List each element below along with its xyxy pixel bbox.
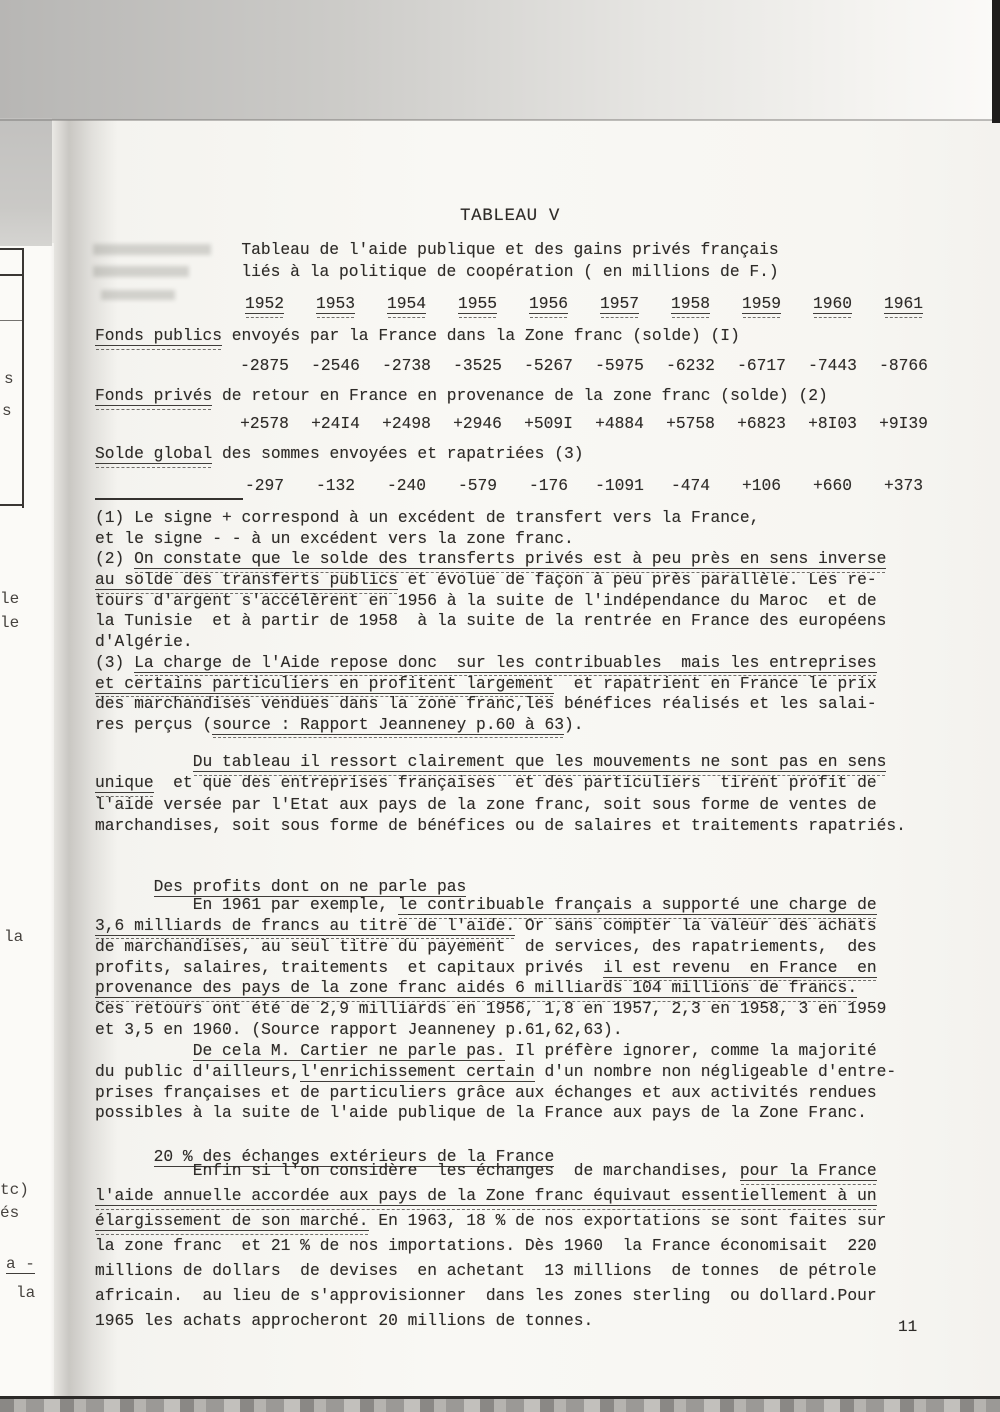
text-line: tours d'argent s'accélèrent en 1956 à la… — [95, 591, 886, 612]
text-line: (3) La charge de l'Aide repose donc sur … — [95, 653, 886, 674]
margin-text-fragment: és — [0, 1204, 19, 1222]
year-header-cell: 1952 — [229, 294, 300, 313]
text-segment: 3,6 milliards de francs au titre de l'ai… — [95, 916, 515, 936]
text-segment: De cela M. Cartier ne parle pas. — [193, 1041, 506, 1061]
text-segment: et rapatrient en France le prix — [554, 674, 876, 693]
table-value-cell: -2546 — [300, 356, 371, 375]
text-segment: millions de dollars de devises en acheta… — [95, 1261, 877, 1280]
row-label-text: Solde global — [95, 444, 212, 464]
text-line: Enfin si l'on considère les échanges de … — [95, 1161, 886, 1186]
table-value-cell: -176 — [513, 476, 584, 495]
table-value-cell: -132 — [300, 476, 371, 495]
text-segment: On constate que le solde des transferts … — [134, 549, 886, 569]
year-label: 1958 — [671, 294, 710, 314]
text-line: marchandises, soit sous forme de bénéfic… — [95, 816, 906, 837]
text-line: la Tunisie et à partir de 1958 à la suit… — [95, 611, 886, 632]
margin-text-fragment: a - — [6, 1255, 35, 1274]
scan-right-edge — [992, 0, 1000, 123]
year-label: 1960 — [813, 294, 852, 314]
table-value-cell: +2946 — [442, 414, 513, 433]
text-line: En 1961 par exemple, le contribuable fra… — [95, 895, 896, 916]
row-description: de retour en France en provenance de la … — [212, 386, 828, 405]
text-segment: le contribuable français a supporté une … — [398, 895, 877, 915]
paragraph-movements: Du tableau il ressort clairement que les… — [95, 752, 906, 837]
table-values-row: -297-132-240-579-176-1091-474+106+660+37… — [229, 476, 944, 495]
text-segment: et évolue de façon à peu près parallèle.… — [398, 570, 877, 589]
text-line: l'aide annuelle accordée aux pays de la … — [95, 1186, 886, 1211]
table-value-cell: +509I — [513, 414, 584, 433]
text-segment: du public d'ailleurs, — [95, 1062, 300, 1081]
text-segment: l'aide versée par l'Etat aux pays de la … — [95, 795, 877, 814]
text-segment: et 3,5 en 1960. (Source rapport Jeannene… — [95, 1020, 623, 1039]
text-segment: Or sans compter la valeur des achats — [515, 916, 877, 935]
text-segment: possibles à la suite de l'aide publique … — [95, 1103, 867, 1122]
year-label: 1953 — [316, 294, 355, 314]
text-line: l'aide versée par l'Etat aux pays de la … — [95, 795, 906, 816]
margin-text-fragment: le — [0, 614, 19, 632]
text-segment: profits, salaires, traitements et capita… — [95, 958, 603, 977]
text-line: profits, salaires, traitements et capita… — [95, 958, 896, 979]
text-segment: prises françaises et de particuliers grâ… — [95, 1083, 877, 1102]
text-segment: d'un nombre non négligeable d'entre- — [535, 1062, 897, 1081]
scanned-document: s s le le la tc) és a - la TABLEAU V Tab… — [0, 0, 1000, 1412]
text-segment: 1965 les achats approcheront 20 millions… — [95, 1311, 593, 1330]
text-line: possibles à la suite de l'aide publique … — [95, 1103, 896, 1124]
table-value-cell: -8766 — [868, 356, 939, 375]
year-label: 1959 — [742, 294, 781, 314]
year-header-cell: 1961 — [868, 294, 939, 313]
table-value-cell: -3525 — [442, 356, 513, 375]
row-label-text: Fonds privés — [95, 386, 212, 406]
paragraph-profits: En 1961 par exemple, le contribuable fra… — [95, 895, 896, 1124]
text-line: et 3,5 en 1960. (Source rapport Jeannene… — [95, 1020, 896, 1041]
text-segment: la zone franc et 21 % de nos importation… — [95, 1236, 877, 1255]
scan-bottom-edge — [0, 1399, 1000, 1412]
table-value-cell: -474 — [655, 476, 726, 495]
text-segment: Il préfère ignorer, comme la majorité — [505, 1041, 876, 1060]
text-line: africain. au lieu de s'approvisionner da… — [95, 1286, 886, 1311]
text-line: d'Algérie. — [95, 632, 886, 653]
year-label: 1954 — [387, 294, 426, 314]
table-value-cell: -2875 — [229, 356, 300, 375]
text-line: de marchandises, au seul titre du payeme… — [95, 937, 896, 958]
year-header-cell: 1956 — [513, 294, 584, 313]
table-subtitle: Tableau de l'aide publique et des gains … — [95, 240, 925, 283]
year-header-cell: 1959 — [726, 294, 797, 313]
text-segment — [95, 752, 193, 771]
table-value-cell: +9I39 — [868, 414, 939, 433]
table-title: TABLEAU V — [95, 206, 925, 226]
text-segment: de marchandises, au seul titre du payeme… — [95, 937, 877, 956]
text-segment: En 1961 par exemple, — [95, 895, 398, 914]
table-value-cell: +8I03 — [797, 414, 868, 433]
text-line: (1) Le signe + correspond à un excédent … — [95, 508, 886, 529]
margin-text-fragment: tc) — [0, 1181, 29, 1199]
table-value-cell: +5758 — [655, 414, 726, 433]
text-line: prises françaises et de particuliers grâ… — [95, 1083, 896, 1104]
text-line: millions de dollars de devises en acheta… — [95, 1261, 886, 1286]
text-line: res perçus (source : Rapport Jeanneney p… — [95, 715, 886, 736]
year-header-cell: 1955 — [442, 294, 513, 313]
row-description: envoyés par la France dans la Zone franc… — [222, 326, 740, 345]
margin-text-fragment: la — [4, 928, 23, 946]
text-segment: il est revenu en France en — [603, 958, 877, 978]
text-line: unique et que des entreprises françaises… — [95, 773, 906, 794]
margin-text-fragment: le — [0, 590, 19, 608]
text-line: 3,6 milliards de francs au titre de l'ai… — [95, 916, 896, 937]
year-label: 1956 — [529, 294, 568, 314]
subtitle-line: Tableau de l'aide publique et des gains … — [241, 240, 778, 262]
text-segment: élargissement de son marché. — [95, 1211, 369, 1231]
text-segment — [95, 1041, 193, 1060]
row-label-text: Fonds publics — [95, 326, 222, 346]
margin-text-fragment: s — [4, 370, 14, 388]
scanner-background-corner — [0, 118, 52, 246]
table-box-fragment — [0, 504, 24, 506]
table-value-cell: +2498 — [371, 414, 442, 433]
table-value-cell: +660 — [797, 476, 868, 495]
text-segment: africain. au lieu de s'approvisionner da… — [95, 1286, 877, 1305]
page-content: TABLEAU V Tableau de l'aide publique et … — [95, 0, 925, 1412]
year-label: 1961 — [884, 294, 923, 314]
text-segment: et que des entreprises françaises et des… — [154, 773, 877, 792]
text-line: au solde des transferts publics et évolu… — [95, 570, 886, 591]
table-value-cell: -6717 — [726, 356, 797, 375]
text-segment: pour la France — [740, 1161, 877, 1181]
subtitle-line: liés à la politique de coopération ( en … — [241, 262, 778, 284]
year-header-cell: 1957 — [584, 294, 655, 313]
table-value-cell: -240 — [371, 476, 442, 495]
year-header-cell: 1958 — [655, 294, 726, 313]
table-row-label: Fonds privés de retour en France en prov… — [95, 386, 828, 406]
table-value-cell: +373 — [868, 476, 939, 495]
text-line: De cela M. Cartier ne parle pas. Il préf… — [95, 1041, 896, 1062]
table-row-label: Fonds publics envoyés par la France dans… — [95, 326, 740, 346]
paragraph-exchanges: Enfin si l'on considère les échanges de … — [95, 1161, 886, 1336]
text-segment: source : Rapport Jeanneney p.60 à 63 — [212, 715, 564, 735]
year-label: 1952 — [245, 294, 284, 314]
text-segment: (3) — [95, 653, 134, 672]
row-description: des sommes envoyées et rapatriées (3) — [212, 444, 583, 463]
table-value-cell: -1091 — [584, 476, 655, 495]
table-box-fragment — [0, 248, 24, 250]
table-value-cell: -579 — [442, 476, 513, 495]
table-row-label: Solde global des sommes envoyées et rapa… — [95, 444, 584, 464]
text-segment: (1) Le signe + correspond à un excédent … — [95, 508, 759, 527]
margin-text-fragment: s — [2, 402, 12, 420]
year-header-cell: 1960 — [797, 294, 868, 313]
text-segment: l'enrichissement certain — [300, 1062, 535, 1082]
text-segment: Du tableau il ressort clairement que les… — [193, 752, 887, 772]
table-box-fragment — [22, 250, 24, 508]
text-segment: res perçus ( — [95, 715, 212, 734]
footnote-separator-rule — [95, 498, 243, 500]
text-segment: et certains particuliers en profitent la… — [95, 674, 554, 694]
text-segment: Enfin si l'on considère les échanges de … — [95, 1161, 740, 1180]
text-segment: l'aide annuelle accordée aux pays de la … — [95, 1186, 877, 1206]
text-segment: unique — [95, 773, 154, 793]
table-value-cell: -5975 — [584, 356, 655, 375]
text-line: et certains particuliers en profitent la… — [95, 674, 886, 695]
text-segment: des marchandises vendues dans la zone fr… — [95, 694, 877, 713]
table-box-fragment — [0, 320, 24, 321]
table-value-cell: -297 — [229, 476, 300, 495]
text-segment: tours d'argent s'accélèrent en 1956 à la… — [95, 591, 877, 610]
text-segment: au solde des transferts publics — [95, 570, 398, 590]
text-line: des marchandises vendues dans la zone fr… — [95, 694, 886, 715]
year-label: 1955 — [458, 294, 497, 314]
year-header-row: 1952195319541955195619571958195919601961 — [229, 294, 939, 313]
text-segment: provenance des pays de la zone franc aid… — [95, 978, 857, 998]
ink-smudge — [101, 290, 175, 300]
table-value-cell: +4884 — [584, 414, 655, 433]
text-line: provenance des pays de la zone franc aid… — [95, 978, 896, 999]
text-segment: la Tunisie et à partir de 1958 à la suit… — [95, 611, 886, 630]
table-value-cell: +2578 — [229, 414, 300, 433]
heading-text: Des profits dont on ne parle pas — [154, 877, 467, 897]
table-value-cell: -2738 — [371, 356, 442, 375]
year-header-cell: 1953 — [300, 294, 371, 313]
table-value-cell: -6232 — [655, 356, 726, 375]
text-line: Du tableau il ressort clairement que les… — [95, 752, 906, 773]
text-line: (2) On constate que le solde des transfe… — [95, 549, 886, 570]
text-segment: d'Algérie. — [95, 632, 193, 651]
text-line: élargissement de son marché. En 1963, 18… — [95, 1211, 886, 1236]
text-line: la zone franc et 21 % de nos importation… — [95, 1236, 886, 1261]
margin-text-fragment: la — [16, 1284, 35, 1302]
table-box-fragment — [0, 274, 24, 276]
text-segment: La charge de l'Aide repose donc sur les … — [134, 653, 877, 673]
footnotes-block: (1) Le signe + correspond à un excédent … — [95, 508, 886, 736]
text-line: du public d'ailleurs,l'enrichissement ce… — [95, 1062, 896, 1083]
text-line: et le signe - - à un excédent vers la zo… — [95, 529, 886, 550]
table-value-cell: +24I4 — [300, 414, 371, 433]
text-segment: En 1963, 18 % de nos exportations se son… — [369, 1211, 887, 1230]
table-values-row: +2578+24I4+2498+2946+509I+4884+5758+6823… — [229, 414, 944, 433]
text-line: Ces retours ont été de 2,9 milliards en … — [95, 999, 896, 1020]
year-label: 1957 — [600, 294, 639, 314]
table-value-cell: -5267 — [513, 356, 584, 375]
page-number: 11 — [898, 1318, 917, 1336]
text-segment: (2) — [95, 549, 134, 568]
year-header-cell: 1954 — [371, 294, 442, 313]
text-segment: Ces retours ont été de 2,9 milliards en … — [95, 999, 886, 1018]
table-value-cell: +106 — [726, 476, 797, 495]
table-values-row: -2875-2546-2738-3525-5267-5975-6232-6717… — [229, 356, 944, 375]
table-value-cell: +6823 — [726, 414, 797, 433]
text-segment: ). — [564, 715, 584, 734]
text-line: 1965 les achats approcheront 20 millions… — [95, 1311, 886, 1336]
text-segment: marchandises, soit sous forme de bénéfic… — [95, 816, 906, 835]
table-value-cell: -7443 — [797, 356, 868, 375]
text-segment: et le signe - - à un excédent vers la zo… — [95, 529, 574, 548]
